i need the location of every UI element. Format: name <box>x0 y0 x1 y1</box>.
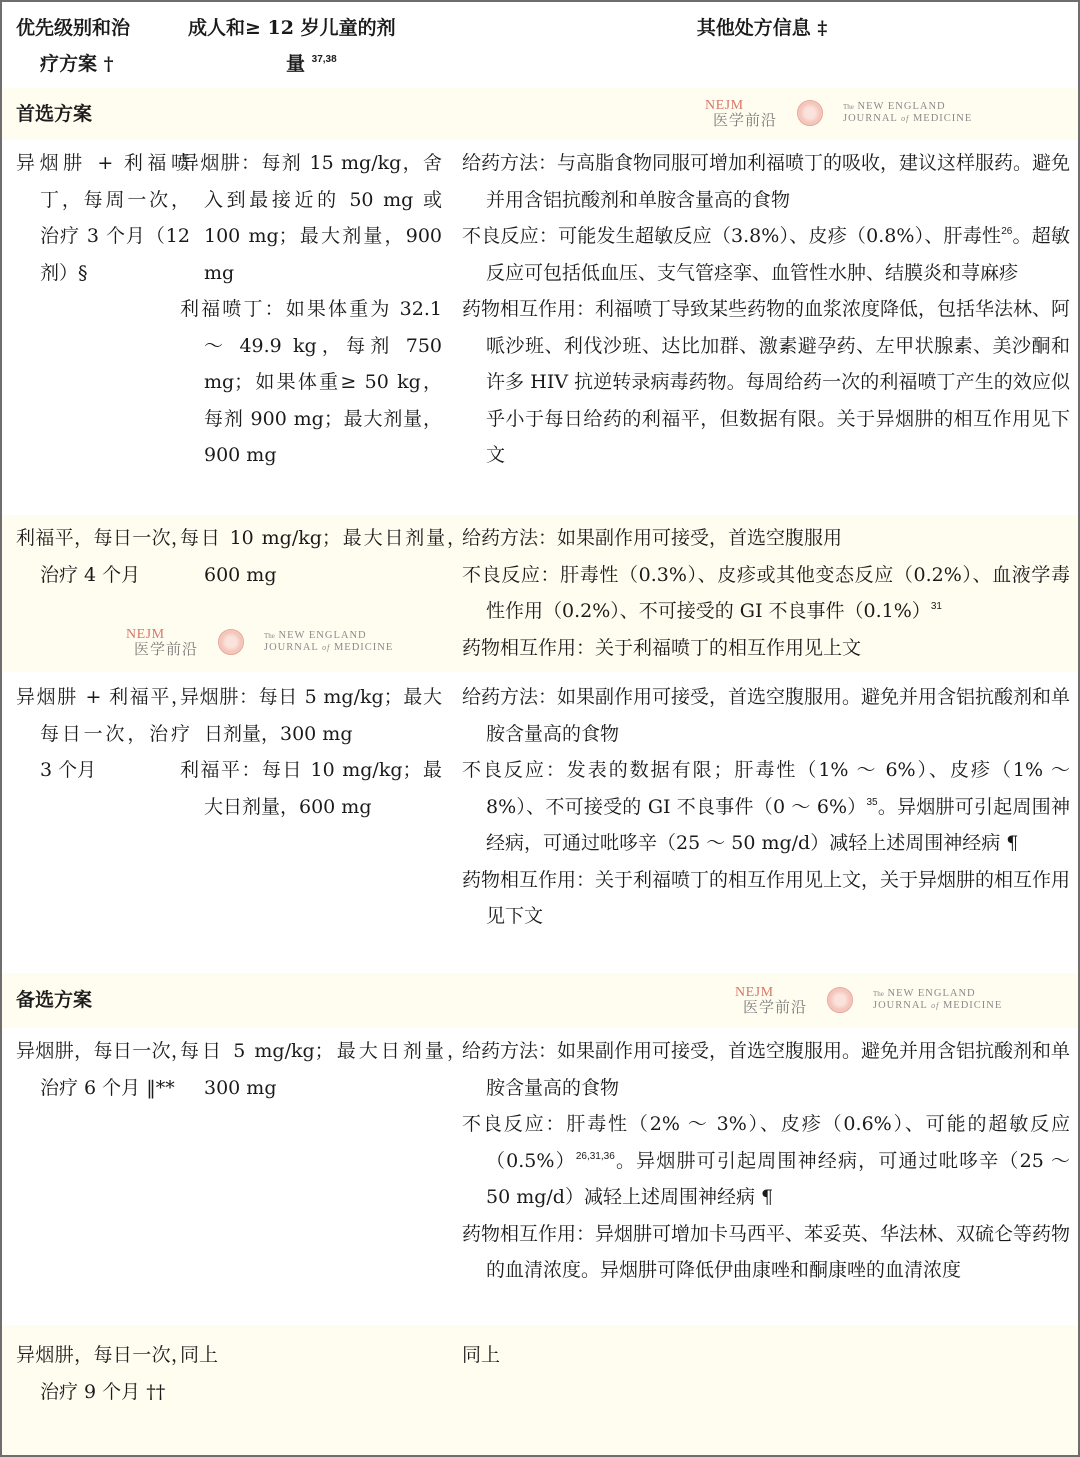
table-row: 异烟肼，每日一次，治疗 6 个月 ‖** 每日 5 mg/kg；最大日剂量，30… <box>2 1028 1078 1325</box>
info-cell: 同上 <box>462 1337 1080 1374</box>
nejm-cn-logo: NEJM 医学前沿 <box>705 98 777 128</box>
table-row: 异烟肼 + 利福平，每日一次，治疗 3 个月 异烟肼：每日 5 mg/kg；最大… <box>2 672 1078 973</box>
nejm-cn-logo: NEJM 医学前沿 <box>735 985 807 1015</box>
info-adverse: 不良反应：可能发生超敏反应（3.8%）、皮疹（0.8%）、肝毒性26。超敏反应可… <box>462 218 1070 291</box>
table-row: 异烟肼，每日一次，治疗 9 个月 †† 同上 同上 <box>2 1325 1078 1455</box>
nejm-cn-logo: NEJM 医学前沿 <box>126 627 198 657</box>
info-administration: 给药方法：如果副作用可接受，首选空腹服用。避免并用含铝抗酸剂和单胺含量高的食物 <box>462 1033 1070 1106</box>
journal-line1: NEW ENGLAND <box>888 988 976 999</box>
journal-the: The <box>843 103 854 111</box>
journal-the: The <box>873 990 884 998</box>
info-adverse: 不良反应：发表的数据有限；肝毒性（1% ～ 6%）、皮疹（1% ～ 8%）、不可… <box>462 752 1070 862</box>
nejm-journal-logo: The NEW ENGLAND JOURNAL of MEDICINE <box>873 988 1002 1012</box>
nejm-cn-text: 医学前沿 <box>705 113 777 128</box>
header-text: 优先级别和治 <box>16 17 130 39</box>
journal-of: of <box>931 1001 939 1010</box>
regimen-cell: 异烟肼，每日一次，治疗 9 个月 †† <box>16 1337 190 1410</box>
nejm-journal-logo: The NEW ENGLAND JOURNAL of MEDICINE <box>264 630 393 654</box>
info-cell: 给药方法：如果副作用可接受，首选空腹服用 不良反应：肝毒性（0.3%）、皮疹或其… <box>462 520 1070 666</box>
info-text: 不良反应：可能发生超敏反应（3.8%）、皮疹（0.8%）、肝毒性 <box>462 225 1001 247</box>
info-interactions: 药物相互作用：关于利福喷丁的相互作用见上文，关于异烟肼的相互作用见下文 <box>462 862 1070 935</box>
journal-line2a: JOURNAL <box>873 1000 927 1011</box>
watermark-logos: NEJM 医学前沿 The NEW ENGLAND JOURNAL of MED… <box>705 98 972 128</box>
regimen-cell: 异烟肼 + 利福喷丁，每周一次，治疗 3 个月（12 剂）§ <box>16 145 190 291</box>
section-title: 首选方案 <box>16 88 92 140</box>
citation-sup: 35 <box>866 797 877 808</box>
journal-line2b: MEDICINE <box>913 113 972 124</box>
regimen-cell: 利福平，每日一次，治疗 4 个月 <box>16 520 190 593</box>
dose-cell: 同上 <box>180 1337 466 1374</box>
info-text: 不良反应：肝毒性（0.3%）、皮疹或其他变态反应（0.2%）、血液学毒性作用（0… <box>462 564 1070 623</box>
header-col-info: 其他处方信息 ‡ <box>462 10 1062 46</box>
table-row: 异烟肼 + 利福喷丁，每周一次，治疗 3 个月（12 剂）§ 异烟肼：每剂 15… <box>2 140 1078 515</box>
section-alternative: 备选方案 NEJM 医学前沿 The NEW ENGLAND JOURNAL o… <box>2 973 1078 1028</box>
section-title: 备选方案 <box>16 973 92 1028</box>
regimen-table: 优先级别和治 疗方案 † 成人和≥ 12 岁儿童的剂 量 37,38 其他处方信… <box>0 0 1080 1457</box>
table-row: 利福平，每日一次，治疗 4 个月 每日 10 mg/kg；最大日剂量，600 m… <box>2 515 1078 672</box>
journal-of: of <box>322 643 330 652</box>
dose-cell: 每日 10 mg/kg；最大日剂量，600 mg <box>180 520 466 593</box>
citation-sup: 37,38 <box>312 54 337 65</box>
info-interactions: 药物相互作用：异烟肼可增加卡马西平、苯妥英、华法林、双硫仑等药物的血清浓度。异烟… <box>462 1216 1070 1289</box>
seal-icon <box>827 987 853 1013</box>
header-col-dose: 成人和≥ 12 岁儿童的剂 量 37,38 <box>188 10 458 82</box>
watermark-logos: NEJM 医学前沿 The NEW ENGLAND JOURNAL of MED… <box>126 627 393 657</box>
info-cell: 给药方法：如果副作用可接受，首选空腹服用。避免并用含铝抗酸剂和单胺含量高的食物 … <box>462 679 1070 935</box>
nejm-journal-logo: The NEW ENGLAND JOURNAL of MEDICINE <box>843 101 972 125</box>
info-administration: 给药方法：如果副作用可接受，首选空腹服用。避免并用含铝抗酸剂和单胺含量高的食物 <box>462 679 1070 752</box>
info-adverse: 不良反应：肝毒性（2% ～ 3%）、皮疹（0.6%）、可能的超敏反应（0.5%）… <box>462 1106 1070 1216</box>
header-text: 其他处方信息 ‡ <box>697 17 828 39</box>
regimen-cell: 异烟肼 + 利福平，每日一次，治疗 3 个月 <box>16 679 190 789</box>
journal-line2b: MEDICINE <box>943 1000 1002 1011</box>
dose-cell: 每日 5 mg/kg；最大日剂量，300 mg <box>180 1033 466 1106</box>
info-interactions: 药物相互作用：利福喷丁导致某些药物的血浆浓度降低，包括华法林、阿哌沙班、利伐沙班… <box>462 291 1070 474</box>
table-header: 优先级别和治 疗方案 † 成人和≥ 12 岁儿童的剂 量 37,38 其他处方信… <box>2 2 1078 88</box>
info-administration: 给药方法：与高脂食物同服可增加利福喷丁的吸收，建议这样服药。避免并用含铝抗酸剂和… <box>462 145 1070 218</box>
dose-line: 异烟肼：每剂 15 mg/kg，舍入到最接近的 50 mg 或 100 mg；最… <box>180 145 442 291</box>
seal-icon <box>218 629 244 655</box>
dose-line: 利福喷丁：如果体重为 32.1 ～ 49.9 kg，每剂 750 mg；如果体重… <box>180 291 442 474</box>
watermark-logos: NEJM 医学前沿 The NEW ENGLAND JOURNAL of MED… <box>735 985 1002 1015</box>
header-text: 成人和≥ 12 岁儿童的剂 <box>188 17 396 39</box>
dose-line: 利福平：每日 10 mg/kg；最大日剂量，600 mg <box>180 752 442 825</box>
info-adverse: 不良反应：肝毒性（0.3%）、皮疹或其他变态反应（0.2%）、血液学毒性作用（0… <box>462 557 1070 630</box>
header-text: 疗方案 † <box>16 46 166 82</box>
seal-icon <box>797 100 823 126</box>
info-interactions: 药物相互作用：关于利福喷丁的相互作用见上文 <box>462 630 1070 667</box>
nejm-cn-text: 医学前沿 <box>126 642 198 657</box>
citation-sup: 31 <box>931 601 942 612</box>
dose-line: 异烟肼：每日 5 mg/kg；最大日剂量，300 mg <box>180 679 442 752</box>
info-cell: 给药方法：与高脂食物同服可增加利福喷丁的吸收，建议这样服药。避免并用含铝抗酸剂和… <box>462 145 1070 474</box>
regimen-cell: 异烟肼，每日一次，治疗 6 个月 ‖** <box>16 1033 190 1106</box>
dose-cell: 异烟肼：每日 5 mg/kg；最大日剂量，300 mg 利福平：每日 10 mg… <box>180 679 442 825</box>
info-cell: 给药方法：如果副作用可接受，首选空腹服用。避免并用含铝抗酸剂和单胺含量高的食物 … <box>462 1033 1070 1289</box>
dose-cell: 异烟肼：每剂 15 mg/kg，舍入到最接近的 50 mg 或 100 mg；最… <box>180 145 442 474</box>
journal-line1: NEW ENGLAND <box>279 630 367 641</box>
journal-line2b: MEDICINE <box>334 642 393 653</box>
journal-the: The <box>264 632 275 640</box>
journal-line2a: JOURNAL <box>843 113 897 124</box>
journal-line2a: JOURNAL <box>264 642 318 653</box>
citation-sup: 26,31,36 <box>576 1151 615 1162</box>
journal-of: of <box>901 114 909 123</box>
section-preferred: 首选方案 NEJM 医学前沿 The NEW ENGLAND JOURNAL o… <box>2 88 1078 140</box>
info-administration: 给药方法：如果副作用可接受，首选空腹服用 <box>462 520 1070 557</box>
journal-line1: NEW ENGLAND <box>858 101 946 112</box>
header-col-regimen: 优先级别和治 疗方案 † <box>16 10 166 82</box>
nejm-cn-text: 医学前沿 <box>735 1000 807 1015</box>
citation-sup: 26 <box>1001 226 1012 237</box>
header-text: 量 <box>286 53 305 75</box>
